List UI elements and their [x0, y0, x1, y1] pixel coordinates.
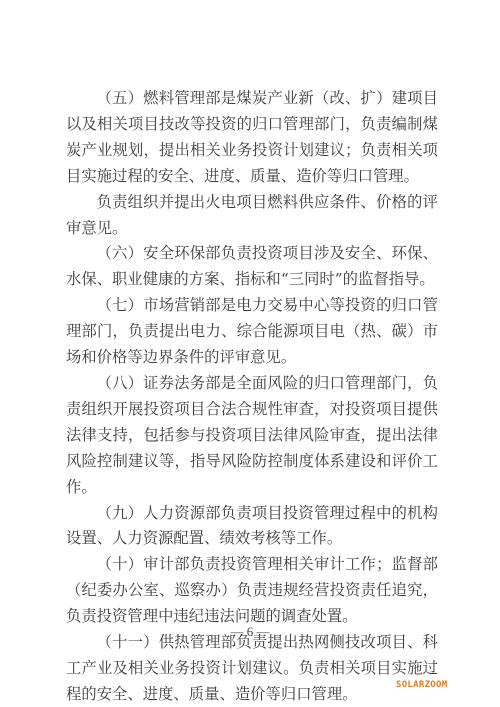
paragraph-fuel-review: 负责组织并提出火电项目燃料供应条件、价格的评审意见。 — [66, 190, 438, 242]
paragraph-wu: （五）燃料管理部是煤炭产业新（改、扩）建项目以及相关项目技改等投资的归口管理部门… — [66, 86, 438, 190]
watermark-logo: SOLARZOOM — [396, 680, 447, 690]
paragraph-shi: （十）审计部负责投资管理相关审计工作；监督部（纪委办公室、巡察办）负责违规经营投… — [66, 552, 438, 630]
page-number: — 6 — — [0, 624, 500, 640]
paragraph-jiu: （九）人力资源部负责项目投资管理过程中的机构设置、人力资源配置、绩效考核等工作。 — [66, 501, 438, 553]
paragraph-liu: （六）安全环保部负责投资项目涉及安全、环保、水保、职业健康的方案、指标和“三同时… — [66, 241, 438, 293]
paragraph-qi: （七）市场营销部是电力交易中心等投资的归口管理部门，负责提出电力、综合能源项目电… — [66, 293, 438, 371]
document-body: （五）燃料管理部是煤炭产业新（改、扩）建项目以及相关项目技改等投资的归口管理部门… — [66, 86, 438, 707]
paragraph-ba: （八）证券法务部是全面风险的归口管理部门，负责组织开展投资项目合法合规性审查，对… — [66, 371, 438, 501]
paragraph-shiyi: （十一）供热管理部负责提出热网侧技改项目、科工产业及相关业务投资计划建议。负责相… — [66, 630, 438, 707]
